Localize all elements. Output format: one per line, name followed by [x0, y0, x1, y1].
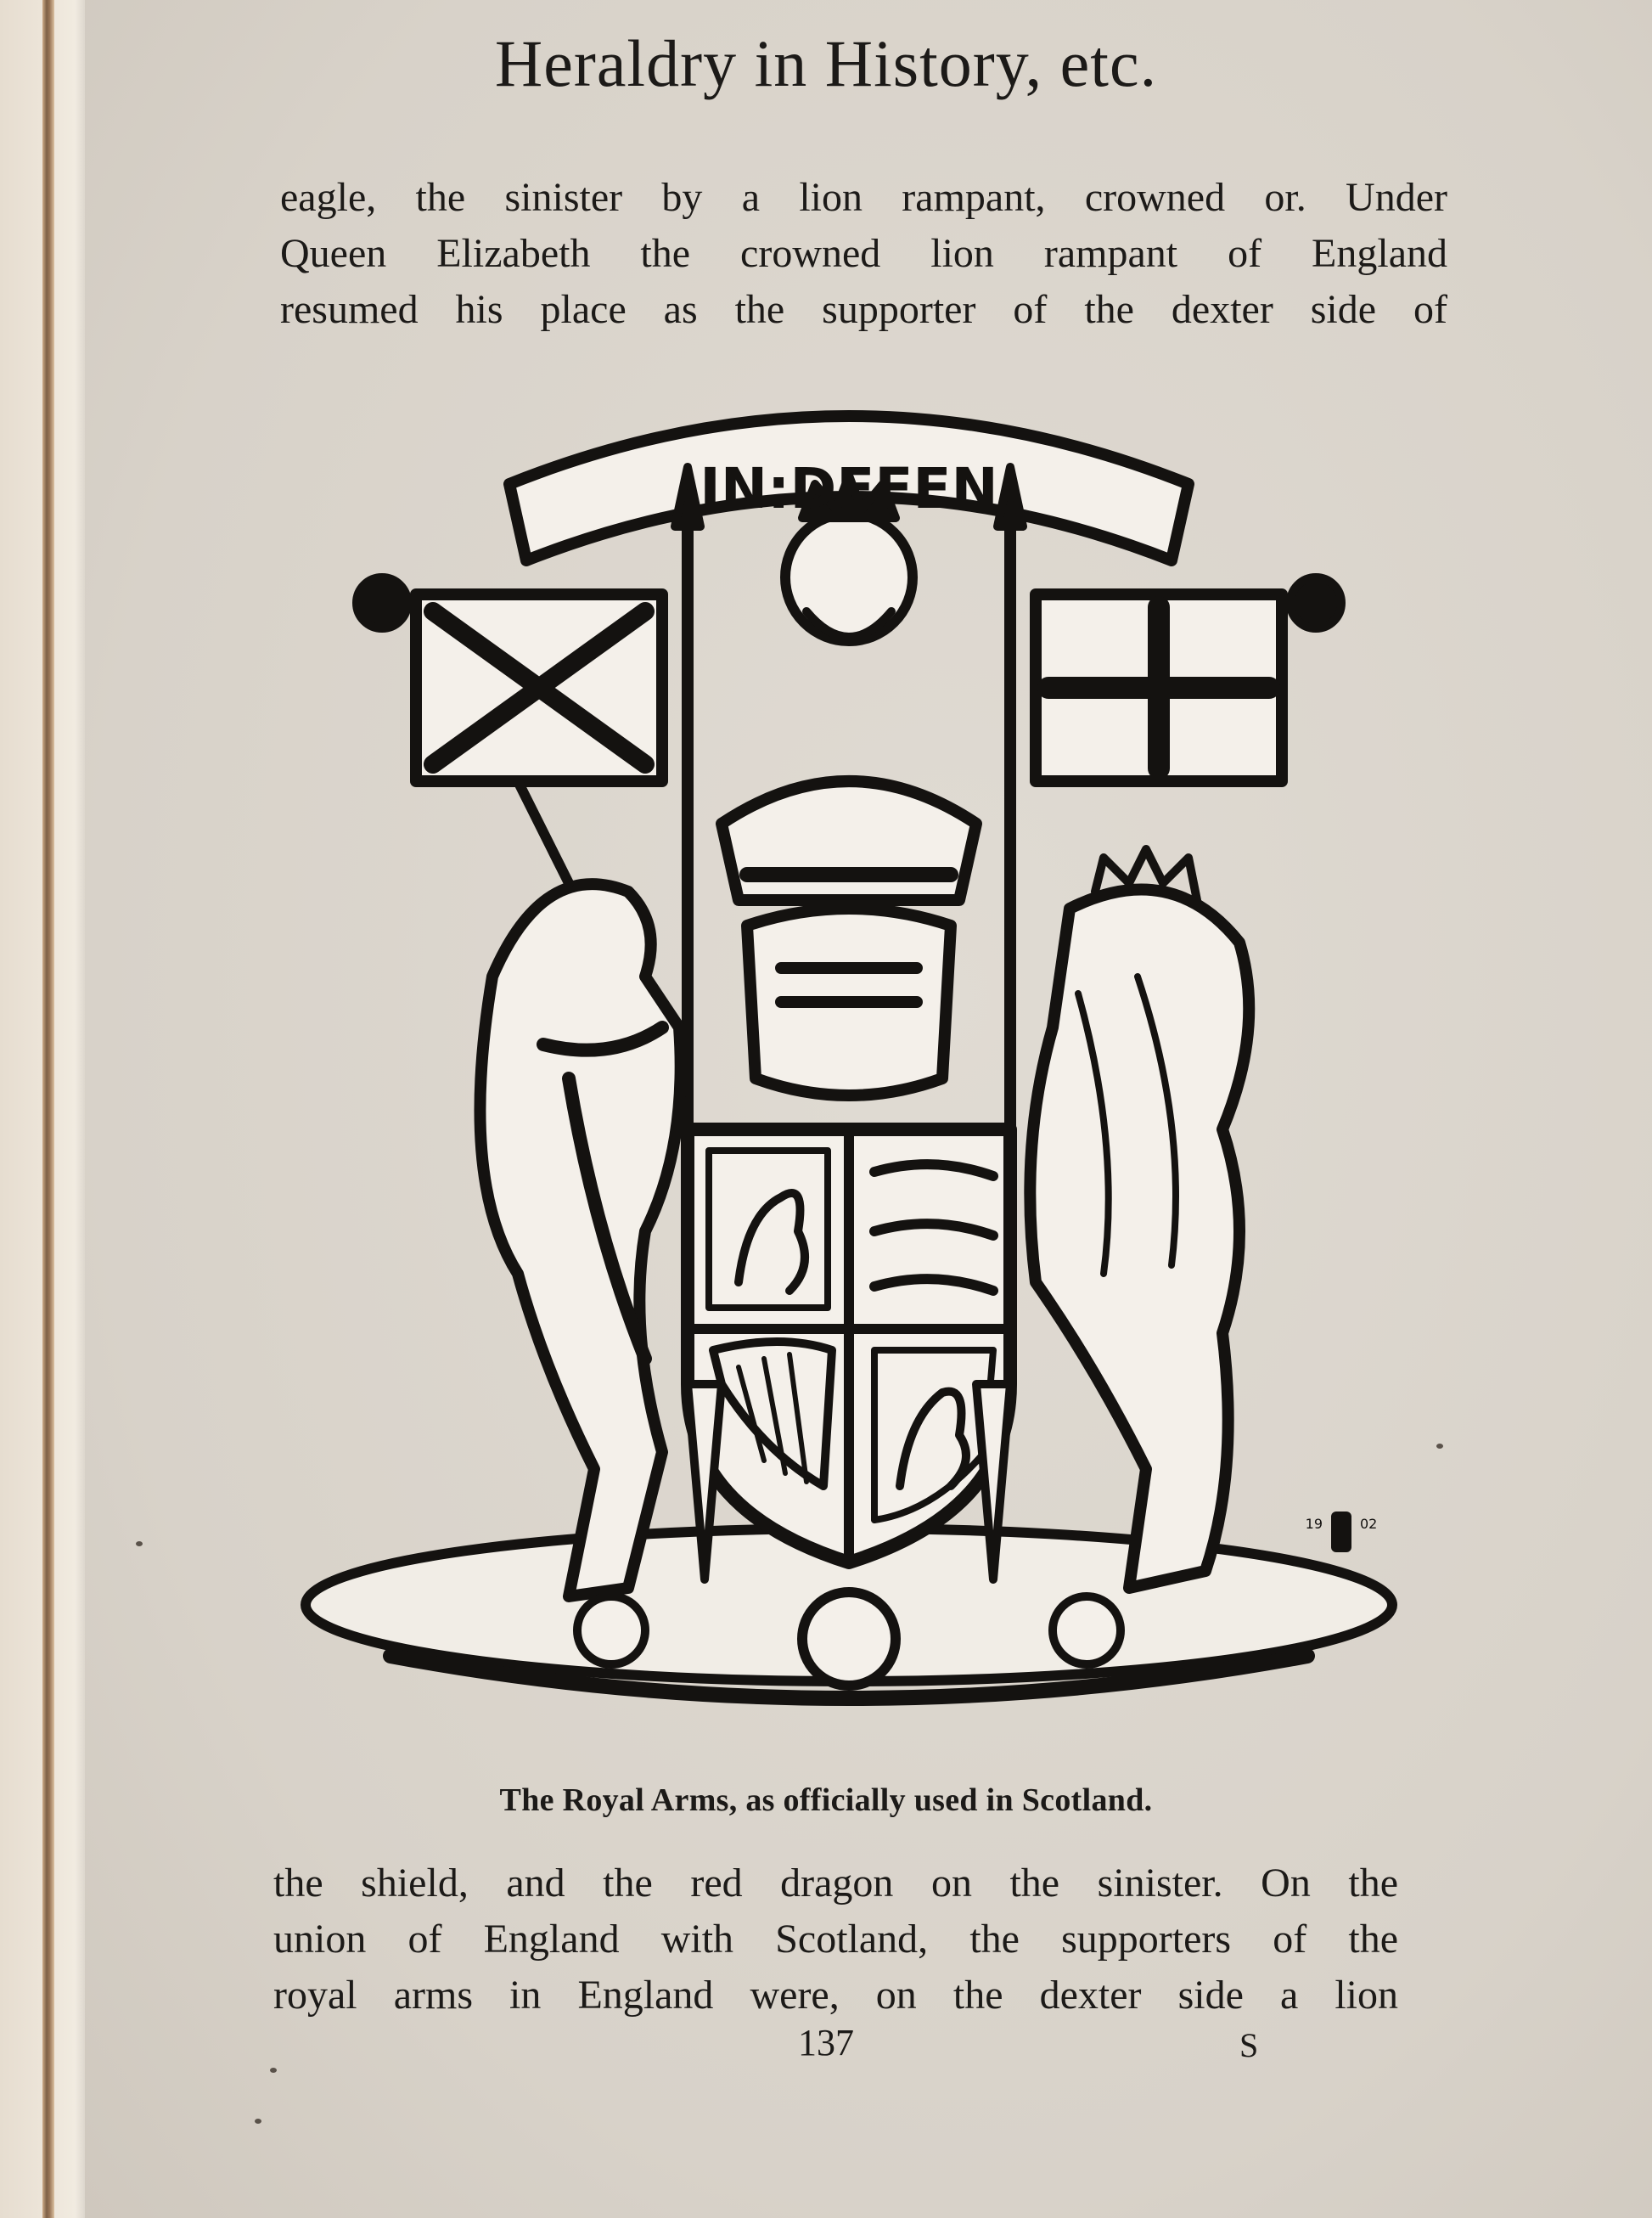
text-line: resumed his place as the supporter of th… [280, 282, 1447, 338]
tudor-rose-right [1053, 1596, 1121, 1664]
artist-monogram: 19 02 [1306, 1512, 1378, 1552]
text-line: eagle, the sinister by a lion rampant, c… [280, 170, 1447, 226]
text-line: union of England with Scotland, the supp… [273, 1911, 1398, 1967]
svg-text:19: 19 [1306, 1516, 1323, 1532]
running-head: Heraldry in History, etc. [0, 25, 1652, 102]
royal-arms-illustration: IN:DEFEN 19 02 [289, 382, 1409, 1758]
paper-speck [1436, 1444, 1443, 1449]
book-spine-crack [42, 0, 54, 2218]
unicorn-supporter [480, 884, 680, 1596]
figure-caption: The Royal Arms, as officially used in Sc… [0, 1782, 1652, 1819]
paragraph-bottom: the shield, and the red dragon on the si… [273, 1855, 1398, 2024]
motto-text: IN:DEFEN [700, 456, 997, 521]
svg-text:02: 02 [1360, 1516, 1377, 1532]
paper-speck [270, 2068, 277, 2073]
text-line: the shield, and the red dragon on the si… [273, 1855, 1398, 1911]
text-line: Queen Elizabeth the crowned lion rampant… [280, 226, 1447, 282]
thistle-badge [802, 1592, 896, 1686]
paper-speck [136, 1541, 143, 1546]
paper-speck [255, 2119, 261, 2124]
lion-supporter [1030, 890, 1249, 1589]
paragraph-top: eagle, the sinister by a lion rampant, c… [280, 170, 1447, 338]
facing-page-edge [0, 0, 75, 2218]
tudor-rose-left [577, 1596, 645, 1664]
text-line: royal arms in England were, on the dexte… [273, 1967, 1398, 2024]
signature-mark: S [1239, 2025, 1258, 2065]
page-number: 137 [798, 2021, 854, 2064]
crest-lion-head [785, 514, 913, 641]
